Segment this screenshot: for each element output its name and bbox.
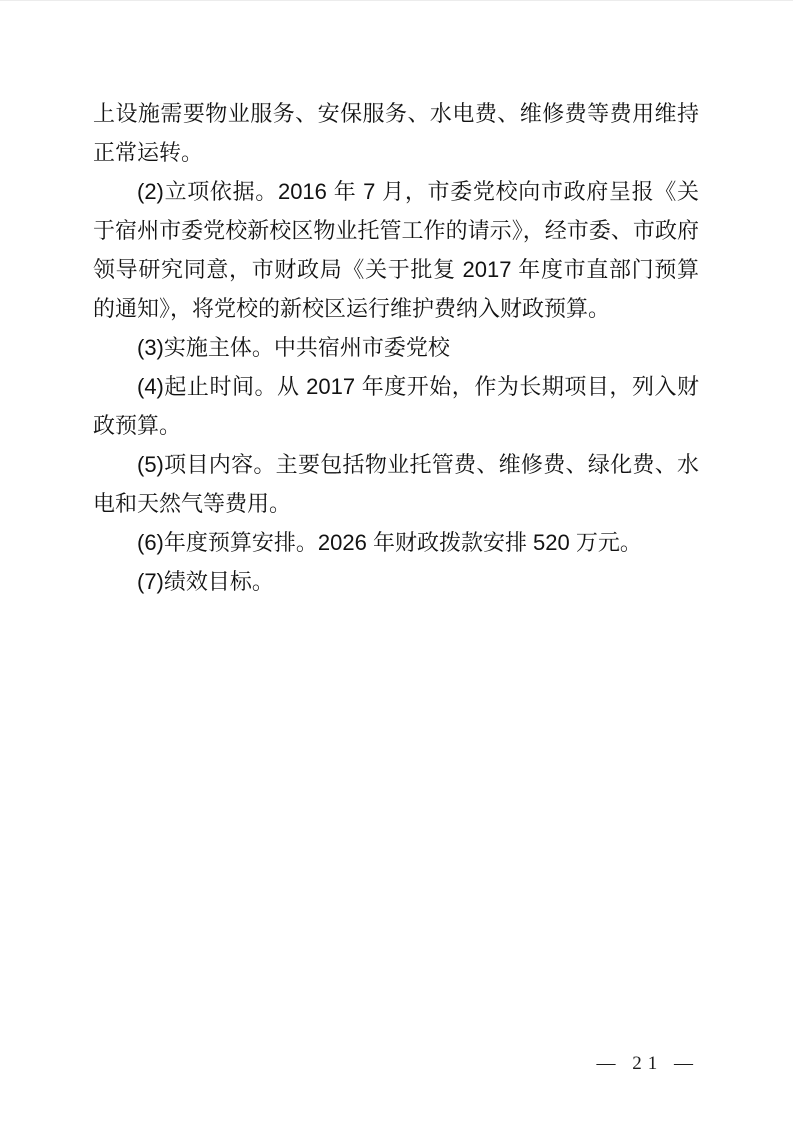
body-paragraph: (2)立项依据。2016 年 7 月，市委党校向市政府呈报《关于宿州市委党校新校…	[93, 172, 699, 328]
page-number: — 21 —	[597, 1053, 700, 1075]
body-paragraph: (6)年度预算安排。2026 年财政拨款安排 520 万元。	[93, 523, 699, 562]
body-paragraph: (7)绩效目标。	[93, 562, 699, 601]
body-paragraph: (3)实施主体。中共宿州市委党校	[93, 328, 699, 367]
document-body: 上设施需要物业服务、安保服务、水电费、维修费等费用维持正常运转。 (2)立项依据…	[93, 94, 699, 601]
document-page: 上设施需要物业服务、安保服务、水电费、维修费等费用维持正常运转。 (2)立项依据…	[0, 0, 793, 1122]
body-paragraph: 上设施需要物业服务、安保服务、水电费、维修费等费用维持正常运转。	[93, 94, 699, 172]
body-paragraph: (5)项目内容。主要包括物业托管费、维修费、绿化费、水电和天然气等费用。	[93, 445, 699, 523]
body-paragraph: (4)起止时间。从 2017 年度开始，作为长期项目，列入财政预算。	[93, 367, 699, 445]
